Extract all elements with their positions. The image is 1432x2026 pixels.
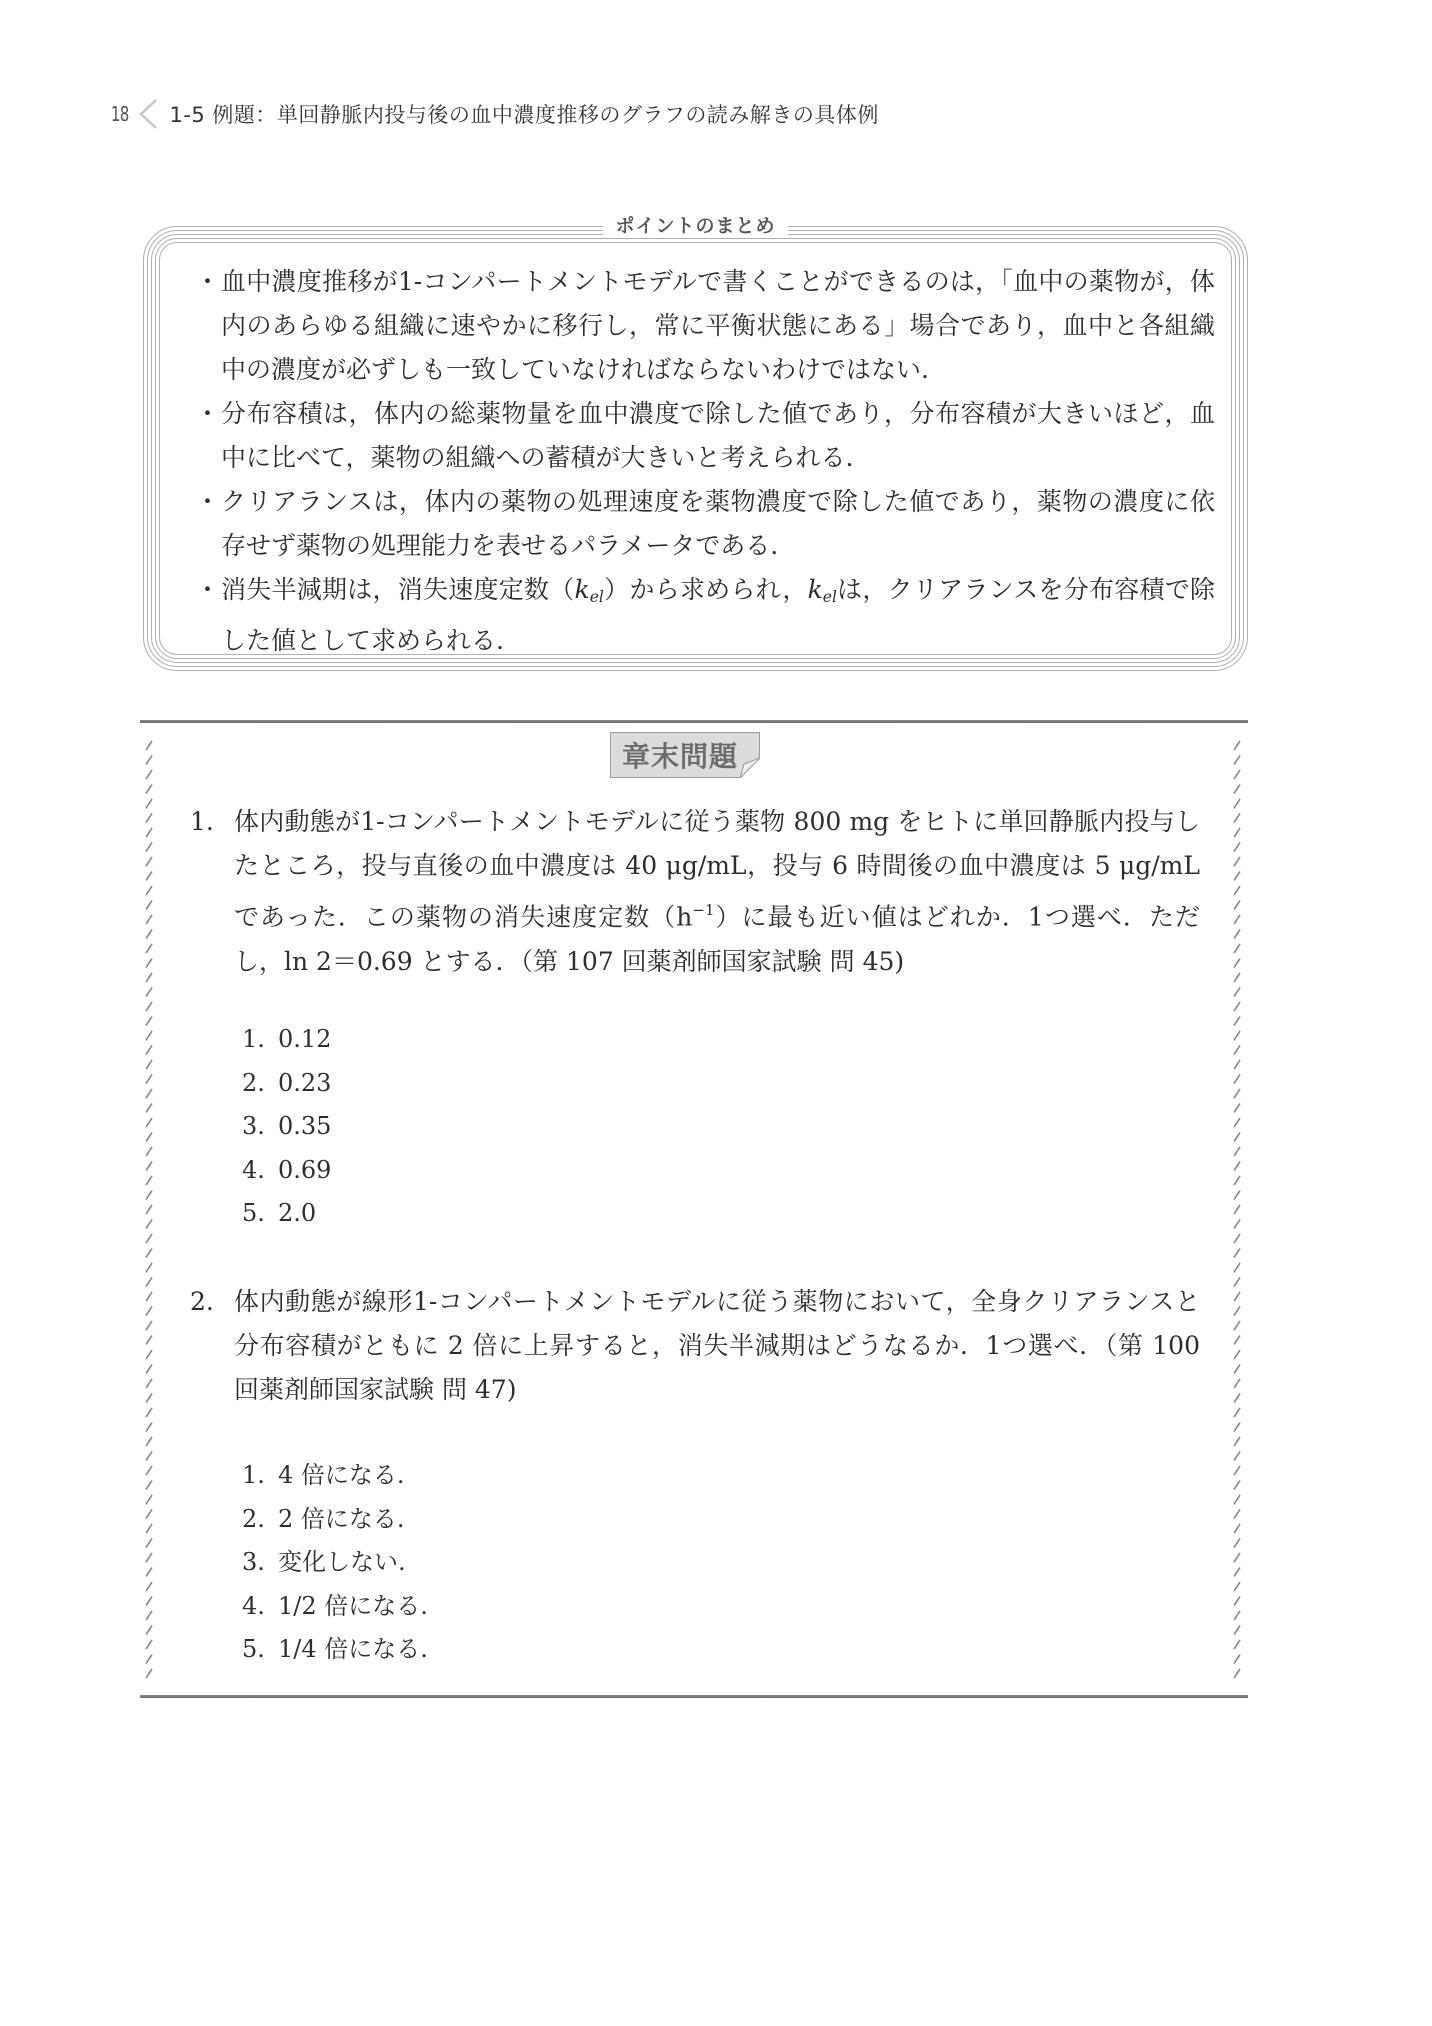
bullet-dot: ・	[195, 480, 220, 524]
question-text: 体内動態が1-コンパートメントモデルに従う薬物 800 mg をヒトに単回静脈内…	[234, 800, 1200, 984]
problems-title-tab: 章末問題	[610, 732, 760, 778]
page-header: 18 1-5 例題：単回静脈内投与後の血中濃度推移のグラフの読み解きの具体例	[108, 96, 879, 132]
kel-symbol: kel	[575, 575, 604, 604]
bullet-dot: ・	[195, 568, 220, 612]
bullet-dot: ・	[195, 392, 220, 436]
page-fold-icon	[740, 758, 760, 778]
hatch-border-left	[144, 738, 156, 1682]
choice-item[interactable]: 3.0.35	[242, 1105, 331, 1149]
choice-item[interactable]: 3.変化しない.	[242, 1541, 428, 1585]
hatch-border-right	[1232, 738, 1244, 1682]
choice-item[interactable]: 2.0.23	[242, 1062, 331, 1106]
chapter-end-problems: 章末問題 1. 体内動態が1-コンパートメントモデルに従う薬物 800 mg を…	[140, 720, 1248, 1698]
question-2: 2. 体内動態が線形1-コンパートメントモデルに従う薬物において，全身クリアラン…	[190, 1280, 1200, 1412]
question-text: 体内動態が線形1-コンパートメントモデルに従う薬物において，全身クリアランスと分…	[234, 1280, 1200, 1412]
point-item: ・ クリアランスは，体内の薬物の処理速度を薬物濃度で除した値であり，薬物の濃度に…	[195, 480, 1215, 568]
question-1: 1. 体内動態が1-コンパートメントモデルに従う薬物 800 mg をヒトに単回…	[190, 800, 1200, 984]
point-item: ・ 分布容積は，体内の総薬物量を血中濃度で除した値であり，分布容積が大きいほど，…	[195, 392, 1215, 480]
question-number: 2.	[190, 1280, 230, 1324]
chevron-left-icon	[137, 98, 159, 130]
kel-symbol: kel	[808, 575, 837, 604]
choice-item[interactable]: 1.0.12	[242, 1018, 331, 1062]
choice-item[interactable]: 4.1/2 倍になる.	[242, 1585, 428, 1629]
choice-item[interactable]: 5.2.0	[242, 1192, 331, 1236]
choice-item[interactable]: 4.0.69	[242, 1149, 331, 1193]
question-1-choices: 1.0.12 2.0.23 3.0.35 4.0.69 5.2.0	[242, 1018, 331, 1236]
problems-title: 章末問題	[622, 735, 738, 775]
page-heading: 1-5 例題：単回静脈内投与後の血中濃度推移のグラフの読み解きの具体例	[169, 99, 878, 129]
page-number: 18	[111, 102, 129, 126]
point-text-part: ）から求められ，	[604, 575, 808, 604]
choice-item[interactable]: 5.1/4 倍になる.	[242, 1628, 428, 1672]
point-text: 分布容積は，体内の総薬物量を血中濃度で除した値であり，分布容積が大きいほど，血中…	[221, 399, 1215, 472]
point-item: ・ 消失半減期は，消失速度定数（kel）から求められ，kelは，クリアランスを分…	[195, 568, 1215, 663]
point-text: 血中濃度推移が1-コンパートメントモデルで書くことができるのは，「血中の薬物が，…	[221, 267, 1215, 384]
choice-item[interactable]: 2.2 倍になる.	[242, 1498, 428, 1542]
question-number: 1.	[190, 800, 230, 844]
choice-item[interactable]: 1.4 倍になる.	[242, 1454, 428, 1498]
point-item: ・ 血中濃度推移が1-コンパートメントモデルで書くことができるのは，「血中の薬物…	[195, 260, 1215, 392]
point-text: クリアランスは，体内の薬物の処理速度を薬物濃度で除した値であり，薬物の濃度に依存…	[221, 487, 1215, 560]
point-text-part: 消失半減期は，消失速度定数（	[221, 575, 575, 604]
bullet-dot: ・	[195, 260, 220, 304]
points-list: ・ 血中濃度推移が1-コンパートメントモデルで書くことができるのは，「血中の薬物…	[195, 260, 1215, 663]
bottom-rule	[140, 1695, 1248, 1698]
question-2-choices: 1.4 倍になる. 2.2 倍になる. 3.変化しない. 4.1/2 倍になる.…	[242, 1454, 428, 1672]
top-rule	[140, 720, 1248, 723]
points-summary-box: ポイントのまとめ ・ 血中濃度推移が1-コンパートメントモデルで書くことができる…	[143, 226, 1248, 671]
